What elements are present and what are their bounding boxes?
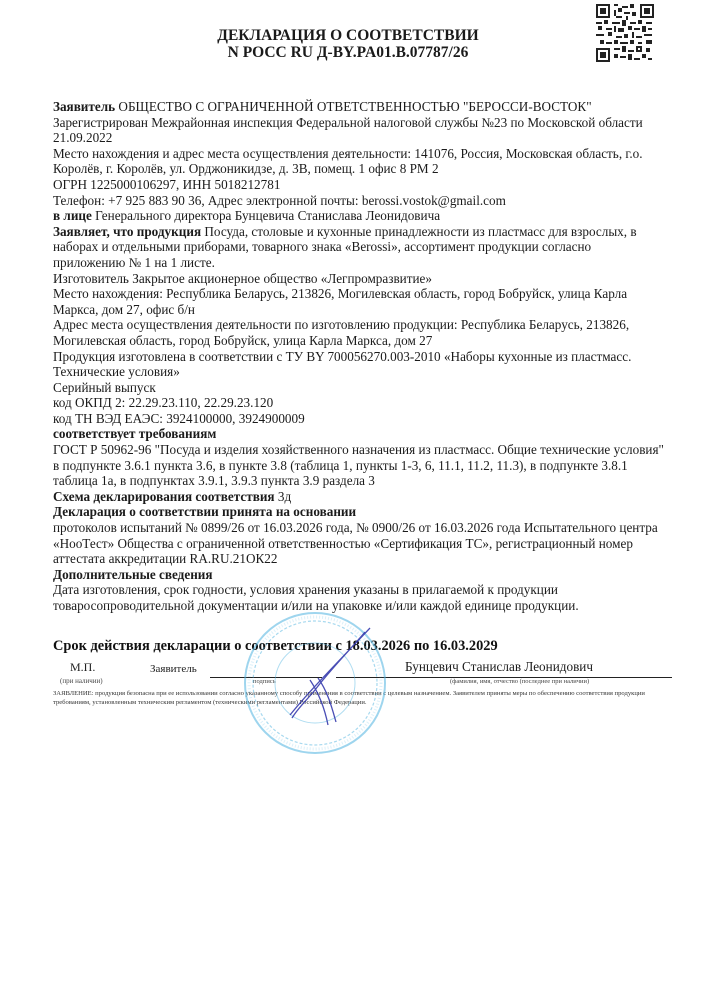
stamp-place-note: (при наличии) [60,677,103,685]
represented-label: в лице [53,208,92,223]
applicant-address: Место нахождения и адрес места осуществл… [53,146,665,177]
declaration-page: ДЕКЛАРАЦИЯ О СООТВЕТСТВИИ N РОСС RU Д-BY… [0,0,704,1006]
scheme-label: Схема декларирования соответствия [53,489,275,504]
okpd2-code: код ОКПД 2: 22.29.23.110, 22.29.23.120 [53,395,665,411]
signer-name: Бунцевич Станислав Леонидович [405,659,593,675]
scheme-section: Схема декларирования соответствия 3д [53,489,665,505]
scheme-value: 3д [278,489,291,504]
requirements-label: соответствует требованиям [53,426,665,442]
document-number: N РОСС RU Д-BY.PA01.B.07787/26 [0,44,700,61]
validity-period: Срок действия декларации о соответствии … [53,638,498,655]
applicant-ids: ОГРН 1225000106297, ИНН 5018212781 [53,177,665,193]
disclaimer-text: ЗАЯВЛЕНИЕ: продукция безопасна при ее ис… [53,690,673,707]
applicant-section: Заявитель ОБЩЕСТВО С ОГРАНИЧЕННОЙ ОТВЕТС… [53,99,665,115]
represented-by: Генерального директора Бунцевича Станисл… [95,208,440,223]
document-title: ДЕКЛАРАЦИЯ О СООТВЕТСТВИИ [0,27,700,44]
signature-note: подпись [253,678,276,685]
applicant-registration: Зарегистрирован Межрайонная инспекция Фе… [53,115,665,146]
applicant-label: Заявитель [53,99,115,114]
signature-applicant-label: Заявитель [150,663,197,675]
production-standard: Продукция изготовлена в соответствии с Т… [53,349,665,380]
product-label: Заявляет, что продукция [53,224,201,239]
basis-label: Декларация о соответствии принята на осн… [53,504,665,520]
stamp-place-label: М.П. [70,660,95,675]
requirements-text: ГОСТ Р 50962-96 "Посуда и изделия хозяйс… [53,442,665,489]
representative: в лице Генерального директора Бунцевича … [53,208,665,224]
qr-code-icon [596,4,654,62]
additional-text: Дата изготовления, срок годности, услови… [53,582,665,613]
release-type: Серийный выпуск [53,380,665,396]
product-section: Заявляет, что продукция Посуда, столовые… [53,224,665,271]
signature-icon [270,620,390,730]
manufacturer-location: Место нахождения: Республика Беларусь, 2… [53,286,665,317]
basis-text: протоколов испытаний № 0899/26 от 16.03.… [53,520,665,567]
production-address: Адрес места осуществления деятельности п… [53,317,665,348]
tnved-code: код ТН ВЭД ЕАЭС: 3924100000, 3924900009 [53,411,665,427]
declaration-body: Заявитель ОБЩЕСТВО С ОГРАНИЧЕННОЙ ОТВЕТС… [53,99,665,614]
manufacturer: Изготовитель Закрытое акционерное общест… [53,271,665,287]
additional-label: Дополнительные сведения [53,567,665,583]
name-note: (фамилия, имя, отчество (последнее при н… [450,678,589,685]
applicant-contacts: Телефон: +7 925 883 90 36, Адрес электро… [53,193,665,209]
applicant-name: ОБЩЕСТВО С ОГРАНИЧЕННОЙ ОТВЕТСТВЕННОСТЬЮ… [118,99,591,114]
